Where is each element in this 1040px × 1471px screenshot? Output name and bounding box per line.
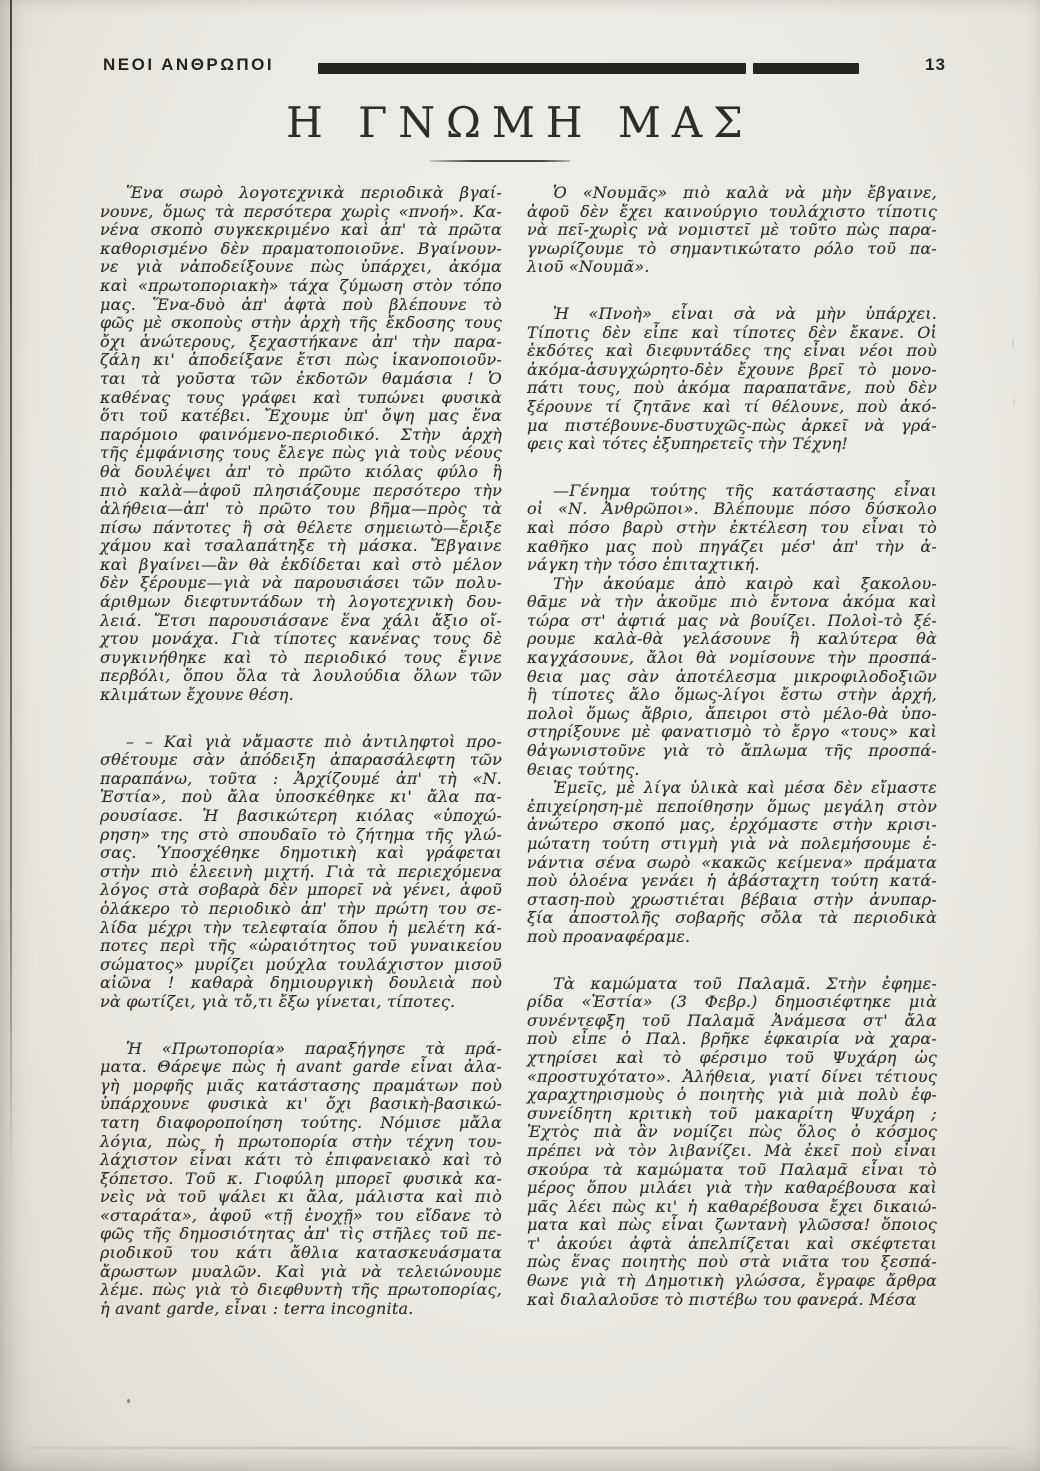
text-line: καὶ διαλαλοῦσε τὸ πιστέβω του φανερά. Μέ… bbox=[527, 1291, 937, 1310]
text-line: ἢ τίποτες ἄλο ὅμως-λίγοι ἔστω στὴν ἀρχή, bbox=[527, 686, 937, 705]
scan-edge-line bbox=[10, 0, 12, 1180]
text-line: ρουμε καλὰ-θὰ γελάσουνε ἢ καλύτερα θὰ bbox=[527, 630, 937, 649]
text-line: Ἕνα σωρὸ λογοτεχνικὰ περιοδικὰ βγαί- bbox=[100, 184, 502, 203]
text-line: λόγος στὰ σοβαρὰ δὲν μπορεῖ νὰ γένει, ἀφ… bbox=[100, 881, 502, 900]
text-line: θωνε γιὰ τὴ Δημοτικὴ γλώσσα, ἔγραφε ἄρθρ… bbox=[527, 1272, 937, 1291]
text-line: φῶς τῆς δημοσιότητας ἀπ' τὶς στῆλες τοῦ … bbox=[100, 1225, 502, 1244]
scan-bottom-edge bbox=[28, 1447, 1013, 1449]
text-line: νένα σκοπὸ συγκεκριμένο καὶ ἀπ' τὰ πρῶτα bbox=[100, 221, 502, 240]
text-line: κλιμάτων ἔχουνε θέση. bbox=[100, 686, 502, 705]
article-title: Η ΓΝΩΜΗ ΜΑΣ bbox=[0, 98, 1040, 147]
text-line: σταση-ποὺ χρωστιέται βέβαια στὴν ἀνυπαρ- bbox=[527, 891, 937, 910]
text-line: χτηρίσει καὶ τὸ φέρσιμο τοῦ Ψυχάρη ὡς bbox=[527, 1049, 937, 1068]
text-line: ξόπετσο. Τοῦ κ. Γιοφύλη μπορεῖ φυσικὰ κα… bbox=[100, 1170, 502, 1189]
scan-speck bbox=[1013, 398, 1015, 406]
text-line: καὶ πόσο βαρὺ στὴν ἐκτέλεση του εἶναι τὸ bbox=[527, 519, 937, 538]
text-line: αἰῶνα ! καθαρὰ δημιουργικὴ δουλειὰ ποὺ bbox=[100, 974, 502, 993]
text-line: ὁλάκερο τὸ περιοδικὸ ἀπ' τὴν πρώτη του σ… bbox=[100, 900, 502, 919]
text-line: μώτατη τούτη στιγμὴ γιὰ νὰ πολεμήσουμε ἐ… bbox=[527, 835, 937, 854]
title-rule bbox=[430, 160, 570, 162]
text-line: σώματος» μυρίζει μούχλα τουλάχιστον μισο… bbox=[100, 956, 502, 975]
text-line: στηρίξουνε μὲ φανατισμὸ τὸ ἔργο «τους» κ… bbox=[527, 723, 937, 742]
text-line: σθέτουμε σὰν ἀπόδειξη ἀπαρασάλεφτη τῶν bbox=[100, 751, 502, 770]
magazine-title: ΝΕΟΙ ΑΝΘΡΩΠΟΙ bbox=[103, 55, 274, 75]
text-line: καθορισμένο δὲν πραματοποιοῦνε. Βγαίνουν… bbox=[100, 240, 502, 259]
text-line: άριθμων διεφτυντάδων τὴ λογοτεχνικὴ δου- bbox=[100, 593, 502, 612]
column-left: Ἕνα σωρὸ λογοτεχνικὰ περιοδικὰ βγαί-νουν… bbox=[100, 184, 502, 1318]
text-line: τατη διαφοροποίηση τούτης. Νόμισε μἄλα bbox=[100, 1114, 502, 1133]
text-line: μέρος ὅπου μιλάει γιὰ τὴν καθαρέβουσα κα… bbox=[527, 1179, 937, 1198]
text-line: ἀλήθεια—ἀπ' τὸ πρῶτο του βῆμα—πρὸς τὰ bbox=[100, 500, 502, 519]
text-line: τ' ἀκούει ἀφτὰ ἀπελπίζεται καὶ σκέφτεται bbox=[527, 1235, 937, 1254]
text-line: ρίδα «Ἑστία» (3 Φεβρ.) δημοσιέφτηκε μιὰ bbox=[527, 993, 937, 1012]
text-line: νὰ φωτίζει, γιὰ τὄ,τι ἔξω γίνεται, τίποτ… bbox=[100, 993, 502, 1012]
text-line: σκούρα τὰ καμώματα τοῦ Παλαμᾶ εἶναι τὸ bbox=[527, 1161, 937, 1180]
text-columns: Ἕνα σωρὸ λογοτεχνικὰ περιοδικὰ βγαί-νουν… bbox=[100, 184, 937, 1318]
scan-speck bbox=[1012, 338, 1014, 348]
text-line: στὴν πιὸ ἐλεεινὴ μιχτή. Γιὰ τὰ περιεχόμε… bbox=[100, 863, 502, 882]
paragraph: Ἡ «Πνοὴ» εἶναι σὰ νὰ μὴν ὑπάρχει.Τίποτις… bbox=[527, 305, 937, 454]
text-line: τῆς ἐμφάνισης τους ἔλεγε πὼς γιὰ τοὺς νέ… bbox=[100, 444, 502, 463]
text-line: ποὺ εἶπε ὁ Παλ. βρῆκε ἐφκαιρία νὰ χαρα- bbox=[527, 1030, 937, 1049]
text-line: πὼς ἕνας ποιητὴς ποὺ στὰ νιᾶτα του ξεσπά… bbox=[527, 1253, 937, 1272]
text-line: παρόμοιο φαινόμενο-περιοδικό. Στὴν ἀρχὴ bbox=[100, 426, 502, 445]
text-line: ἀκόμα-ἀσυγχώρητο-δὲν ἔχουνε βρεῖ τὸ μονο… bbox=[527, 361, 937, 380]
text-line: ματα. Θάρεψε πὼς ἡ avant garde εἶναι ἀλα… bbox=[100, 1058, 502, 1077]
text-line: «σταράτα», ἀφοῦ «τῇ ἐνοχῇ» του εἴδανε τὸ bbox=[100, 1207, 502, 1226]
text-line: ποτες περὶ τῆς «ὡραιότητος τοῦ γυναικείο… bbox=[100, 937, 502, 956]
text-line: ρουσίασε. Ἡ βασικώτερη κιόλας «ὑποχώ- bbox=[100, 807, 502, 826]
paragraph: – – Καὶ γιὰ νἄμαστε πιὸ ἀντιληφτοὶ προ-σ… bbox=[100, 733, 502, 1012]
text-line: ποὺ προαναφέραμε. bbox=[527, 928, 937, 947]
text-line: Ἡ «Πρωτοπορία» παραξήγησε τὰ πρά- bbox=[100, 1040, 502, 1059]
text-line: – – Καὶ γιὰ νἄμαστε πιὸ ἀντιληφτοὶ προ- bbox=[100, 733, 502, 752]
text-line: λίδα μέχρι τὴν τελεφταία ὅπου ἡ μελέτη κ… bbox=[100, 919, 502, 938]
text-line: παραπάνω, τοῦτα : Ἀρχίζουμέ ἀπ' τὴ «Ν. bbox=[100, 770, 502, 789]
text-line: ὅτι τοῦ κατέβει. Ἔχουμε ὑπ' ὄψη μας ἕνα bbox=[100, 407, 502, 426]
text-line: νε γιὰ νἀποδείξουνε πὼς ὑπάρχει, ἀκόμα bbox=[100, 258, 502, 277]
text-line: λόγια, πὼς ἡ πρωτοπορία στὴν τέχνη του- bbox=[100, 1133, 502, 1152]
column-right: Ὁ «Νουμᾶς» πιὸ καλὰ νὰ μὴν ἔβγαινε,ἀφοῦ … bbox=[527, 184, 937, 1318]
text-line: νουνε, ὅμως τὰ περσότερα χωρὶς «πνοή». Κ… bbox=[100, 203, 502, 222]
paragraph: Ἡ «Πρωτοπορία» παραξήγησε τὰ πρά-ματα. Θ… bbox=[100, 1040, 502, 1319]
text-line: φῶς μὲ σκοποὺς στὴν ἀρχὴ τῆς ἔκδοσης του… bbox=[100, 314, 502, 333]
text-line: λειά. Ἔτσι παρουσιάσανε ἕνα χάλι ἄξιο οἴ… bbox=[100, 612, 502, 631]
text-line: ξέρουνε τί ζητᾶνε καὶ τί θέλουνε, ποὺ ἀκ… bbox=[527, 398, 937, 417]
text-line: ἀφοῦ δὲν ἔχει καινούργιο τουλάχιστο τίπο… bbox=[527, 203, 937, 222]
text-line: Ἐμεῖς, μὲ λίγα ὑλικὰ καὶ μέσα δὲν εἴμαστ… bbox=[527, 779, 937, 798]
text-line: μᾶς λέει πὼς κι' ἡ καθαρέβουσα ἔχει δικα… bbox=[527, 1198, 937, 1217]
text-line: ἐπιχείρηση-μὲ πεποίθησην ὅμως μεγάλη στὸ… bbox=[527, 798, 937, 817]
text-line: συνέντεφξη τοῦ Παλαμᾶ Ἀνάμεσα στ' ἄλα bbox=[527, 1012, 937, 1031]
text-line: ἡ avant garde, εἶναι : terra incognita. bbox=[100, 1300, 502, 1319]
paragraph: Τὰ καμώματα τοῦ Παλαμᾶ. Στὴν ἐφημε-ρίδα … bbox=[527, 975, 937, 1310]
text-line: γὴ μορφῆς μιᾶς κατάστασης πραμάτων ποὺ bbox=[100, 1077, 502, 1096]
text-line: μα πιστέβουνε-δυστυχῶς-πὼς ἀρκεῖ νὰ γρά- bbox=[527, 417, 937, 436]
text-line: δὲν ξέρουμε—γιὰ νὰ παρουσιάσει τῶν πολυ- bbox=[100, 574, 502, 593]
text-line: πολοὶ ὅμως ἄβριο, ἄπειροι στὸ μέλο-θὰ ὑπ… bbox=[527, 705, 937, 724]
text-line: πιὸ καλὰ—ἀφοῦ πλησιάζουμε περσότερο τὴν bbox=[100, 482, 502, 501]
text-line: ἄρωστων μυαλῶν. Καὶ γιὰ νὰ τελειώνουμε bbox=[100, 1263, 502, 1282]
text-line: μας. Ἕνα-δυὸ ἀπ' ἀφτὰ ποὺ βλέπουνε τὸ bbox=[100, 296, 502, 315]
text-line: ζάλη κι' ἀποδείξανε ἔτσι πὼς ἱκανοποιοῦν… bbox=[100, 351, 502, 370]
text-line: πίσω πάντοτες ἢ σὰ θέλετε σημειωτὸ—ἔριξε bbox=[100, 519, 502, 538]
text-line: νεὶς νὰ τοῦ ψάλει κι ἄλα, μάλιστα καὶ πι… bbox=[100, 1188, 502, 1207]
paragraph: Τὴν ἀκούαμε ἀπὸ καιρὸ καὶ ξακολου-θᾶμε ν… bbox=[527, 575, 937, 780]
text-line: Ἐχτὸς πιὰ ἂν νομίζει πὼς ὅλος ὁ κόσμος bbox=[527, 1123, 937, 1142]
paragraph: Ἐμεῖς, μὲ λίγα ὑλικὰ καὶ μέσα δὲν εἴμαστ… bbox=[527, 779, 937, 946]
header-rule-short bbox=[753, 63, 859, 74]
text-line: ἀνώτερο σκοπό μας, ἐρχόμαστε στὴν κρισι- bbox=[527, 816, 937, 835]
text-line: θὰ δουλέψει ἀπ' τὸ πρῶτο κιόλας φύλο ἢ bbox=[100, 463, 502, 482]
text-line: καθῆκο μας ποὺ πηγάζει μέσ' ἀπ' τὴν ἀ- bbox=[527, 538, 937, 557]
text-line: Ὁ «Νουμᾶς» πιὸ καλὰ νὰ μὴν ἔβγαινε, bbox=[527, 184, 937, 203]
text-line: λέμε. πὼς γιὰ τὸ διεφθυντὴ τῆς πρωτοπορί… bbox=[100, 1281, 502, 1300]
text-line: Ἡ «Πνοὴ» εἶναι σὰ νὰ μὴν ὑπάρχει. bbox=[527, 305, 937, 324]
text-line: περβόλι, ὅπου ὅλα τὰ λουλούδια ὅλων τῶν bbox=[100, 667, 502, 686]
text-line: καὶ βγαίνει—ἂν θὰ ἐκδίδεται καὶ στὸ μέλο… bbox=[100, 556, 502, 575]
text-line: καγχάσουνε, ἄλοι θὰ νομίσουνε τὴν προσπά… bbox=[527, 649, 937, 668]
text-line: ποὺ ὁλοένα γενάει ἡ ἀβάσταχτη τούτη κατά… bbox=[527, 872, 937, 891]
text-line: λάχιστον εἶναι κάτι τὸ ἐπιφανειακὸ καὶ τ… bbox=[100, 1151, 502, 1170]
text-line: θᾶμε νὰ τὴν ἀκοῦμε πιὸ ἔντονα ἀκόμα καὶ bbox=[527, 593, 937, 612]
text-line: ριοδικοῦ του κάτι ἄθλια κατασκευάσματα bbox=[100, 1244, 502, 1263]
text-line: —Γένημα τούτης τῆς κατάστασης εἶναι bbox=[527, 482, 937, 501]
scan-speck bbox=[127, 1399, 130, 1403]
text-line: νάγκη τὴν τόσο ἐπιταχτική. bbox=[527, 556, 937, 575]
text-line: συνείδητη κριτικὴ τοῦ μακαρίτη Ψυχάρη ; bbox=[527, 1105, 937, 1124]
magazine-page: ΝΕΟΙ ΑΝΘΡΩΠΟΙ 13 Η ΓΝΩΜΗ ΜΑΣ Ἕνα σωρὸ λο… bbox=[0, 0, 1040, 1471]
text-line: ὄχι ἀνώτερους, ξεχαστήκανε ἀπ' τὴν παρα- bbox=[100, 333, 502, 352]
text-line: τώρα στ' ἀφτιά μας νὰ βουίζει. Πολοὶ-τὸ … bbox=[527, 612, 937, 631]
text-line: οἱ «Ν. Ἀνθρῶποι». Βλέπουμε πόσο δύσκολο bbox=[527, 500, 937, 519]
text-line: καὶ «πρωτοποριακὴ» τάχα ζύμωση στὸν τόπο bbox=[100, 277, 502, 296]
text-line: χτου μονάχα. Γιὰ τίποτες κανένας τους δὲ bbox=[100, 630, 502, 649]
paragraph: Ἕνα σωρὸ λογοτεχνικὰ περιοδικὰ βγαί-νουν… bbox=[100, 184, 502, 705]
text-line: φεις καὶ τότες ἐξυπηρετεῖς τὴν Τέχνη! bbox=[527, 435, 937, 454]
text-line: θεια μας σὰν ἀποτέλεσμα μικροφιλοδοξιῶν bbox=[527, 668, 937, 687]
text-line: λιοῦ «Νουμᾶ». bbox=[527, 258, 937, 277]
text-line: νάντια σένα σωρὸ «κακῶς κείμενα» πράματα bbox=[527, 854, 937, 873]
text-line: ματα καὶ πὼς εἶναι ζωντανὴ γλῶσσα! ὅποιο… bbox=[527, 1216, 937, 1235]
text-line: πάτι τους, ποὺ ἀκόμα παραπατᾶνε, ποὺ δὲν bbox=[527, 379, 937, 398]
text-line: πρέπει νὰ τὸν λιβανίζει. Μὰ ἐκεῖ ποὺ εἶν… bbox=[527, 1142, 937, 1161]
text-line: ται τὰ γοῦστα τῶν ἐκδοτῶν θαμάσια ! Ὁ bbox=[100, 370, 502, 389]
paragraph: —Γένημα τούτης τῆς κατάστασης εἶναιοἱ «Ν… bbox=[527, 482, 937, 575]
text-line: χαραχτηρισμοὺς ὁ ποιητὴς γιὰ μιὰ πολὺ ἐφ… bbox=[527, 1086, 937, 1105]
text-line: Τίποτις δὲν εἶπε καὶ τίποτες δὲν ἔκανε. … bbox=[527, 324, 937, 343]
text-line: ἐκδότες καὶ διεφυντάδες της εἶναι νέοι π… bbox=[527, 342, 937, 361]
header-rule-long bbox=[318, 63, 746, 74]
text-line: ρηση» της στὸ σπουδαῖο τὸ ζήτημα τῆς γλώ… bbox=[100, 826, 502, 845]
text-line: σας. Ὑποσχέθηκε δημοτικὴ καὶ γράφεται bbox=[100, 844, 502, 863]
text-line: θἀγωνιστοῦνε γιὰ τὸ ἄπλωμα τῆς προσπά- bbox=[527, 742, 937, 761]
text-line: συγκινήθηκε καὶ τὸ περιοδικό τους ἔγινε bbox=[100, 649, 502, 668]
text-line: Τὴν ἀκούαμε ἀπὸ καιρὸ καὶ ξακολου- bbox=[527, 575, 937, 594]
text-line: καθένας τους γράφει καὶ τυπώνει φυσικὰ bbox=[100, 389, 502, 408]
text-line: ὑπάρχουνε φυσικὰ κι' ὄχι βασικὴ-βασικώ- bbox=[100, 1095, 502, 1114]
text-line: ξία ἀποστολῆς σοβαρῆς σὄλα τὰ περιοδικὰ bbox=[527, 909, 937, 928]
page-number: 13 bbox=[925, 55, 946, 75]
text-line: θειας τούτης. bbox=[527, 761, 937, 780]
text-line: νὰ πεῖ-χωρὶς νὰ νομιστεῖ μὲ τοῦτο πὼς πα… bbox=[527, 221, 937, 240]
text-line: Ἑστία», ποὺ ἄλα ὑποσκέθηκε κι' ἄλα πα- bbox=[100, 788, 502, 807]
paragraph: Ὁ «Νουμᾶς» πιὸ καλὰ νὰ μὴν ἔβγαινε,ἀφοῦ … bbox=[527, 184, 937, 277]
text-line: «προστυχότατο». Ἀλήθεια, γιατί δίνει τέτ… bbox=[527, 1068, 937, 1087]
text-line: χάμου καὶ τσαλαπάτηξε τὴ μάσκα. Ἔβγαινε bbox=[100, 537, 502, 556]
text-line: Τὰ καμώματα τοῦ Παλαμᾶ. Στὴν ἐφημε- bbox=[527, 975, 937, 994]
text-line: γνωρίζουμε τὸ σημαντικώτατο ρόλο τοῦ πα- bbox=[527, 240, 937, 259]
